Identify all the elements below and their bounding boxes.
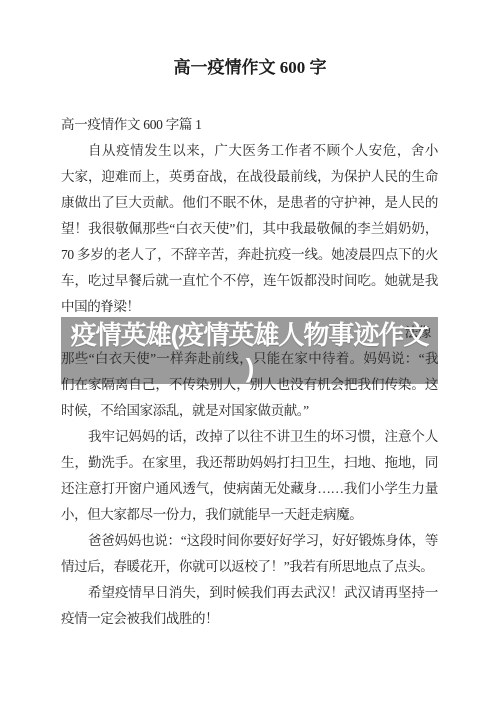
text-line: 车，吃过早餐后就一直忙个不停，连午饭都没时间吃。她就是我们 [61, 268, 438, 294]
text-line: 希望疫情早日消失，到时候我们再去武汉！武汉请再坚持一下！ [61, 580, 438, 606]
text-line: 康做出了巨大贡献。他们不眠不休，是患者的守护神，是人民的希 [61, 190, 438, 216]
text-line: 小，但大家都尽一份力，我们就能早一天赶走病魔。 [61, 502, 438, 528]
text-line: 还注意打开窗户通风透气，使病菌无处藏身……我们小学生力量虽 [61, 476, 438, 502]
text-line: 爸爸妈妈也说：“这段时间你要好好学习，好好锻炼身体，等疫 [61, 528, 438, 554]
page-title: 高一疫情作文 600 字 [0, 56, 500, 80]
text-line: 大家，迎难而上，英勇奋战，在战役最前线，为保护人民的生命健 [61, 164, 438, 190]
document-page: 高一疫情作文 600 字 高一疫情作文 600 字篇 1 自从疫情发生以来，广大… [0, 0, 500, 706]
text-line: 情过后，春暖花开，你就可以返校了！”我若有所思地点了点头。 [61, 554, 438, 580]
text-line: 望！我很敬佩那些“白衣天使”们，其中我最敬佩的李兰娟奶奶， [61, 216, 438, 242]
text-line: 中国的脊梁！ [61, 294, 438, 320]
text-line: 生，勤洗手。在家里，我还帮助妈妈打扫卫生，扫地、拖地，同时 [61, 450, 438, 476]
text-line: 70 多岁的老人了，不辞辛苦，奔赴抗疫一线。她凌晨四点下的火 [61, 242, 438, 268]
text-line: 们在家隔离自己，不传染别人，别人也没有机会把我们传染。这个 [61, 372, 438, 398]
text-line: 我牢记妈妈的话，改掉了以往不讲卫生的坏习惯，注意个人卫 [61, 424, 438, 450]
essay-body: 自从疫情发生以来，广大医务工作者不顾个人安危，舍小家，为大家，迎难而上，英勇奋战… [61, 138, 438, 632]
essay-subtitle: 高一疫情作文 600 字篇 1 [61, 112, 438, 138]
text-line: 时候，不给国家添乱，就是对国家做贡献。” [61, 398, 438, 424]
text-line: 自从疫情发生以来，广大医务工作者不顾个人安危，舍小家，为 [61, 138, 438, 164]
text-line: 那些“白衣天使”一样奔赴前线，只能在家中待着。妈妈说：“我 [61, 346, 438, 372]
obscured-text-tail: 法像 [61, 320, 438, 346]
text-line: 疫情一定会被我们战胜的！ [61, 606, 438, 632]
